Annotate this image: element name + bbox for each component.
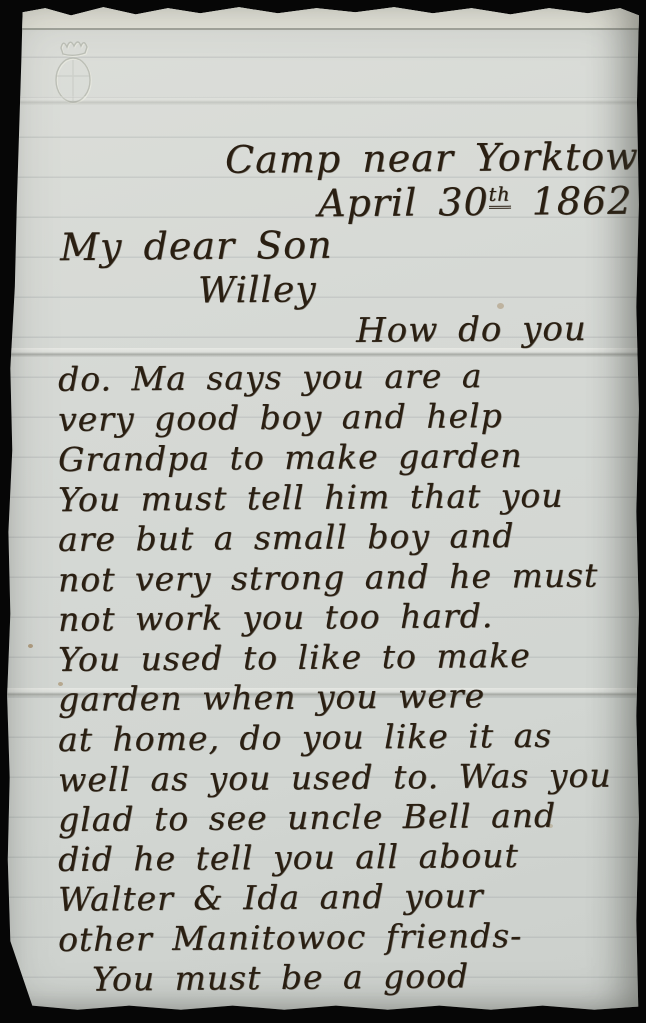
scan-vignette xyxy=(0,0,646,1023)
letter-page: Camp near Yorktown April 30th 1862 My de… xyxy=(0,0,646,1023)
scanned-letter-image: Camp near Yorktown April 30th 1862 My de… xyxy=(0,0,646,1023)
